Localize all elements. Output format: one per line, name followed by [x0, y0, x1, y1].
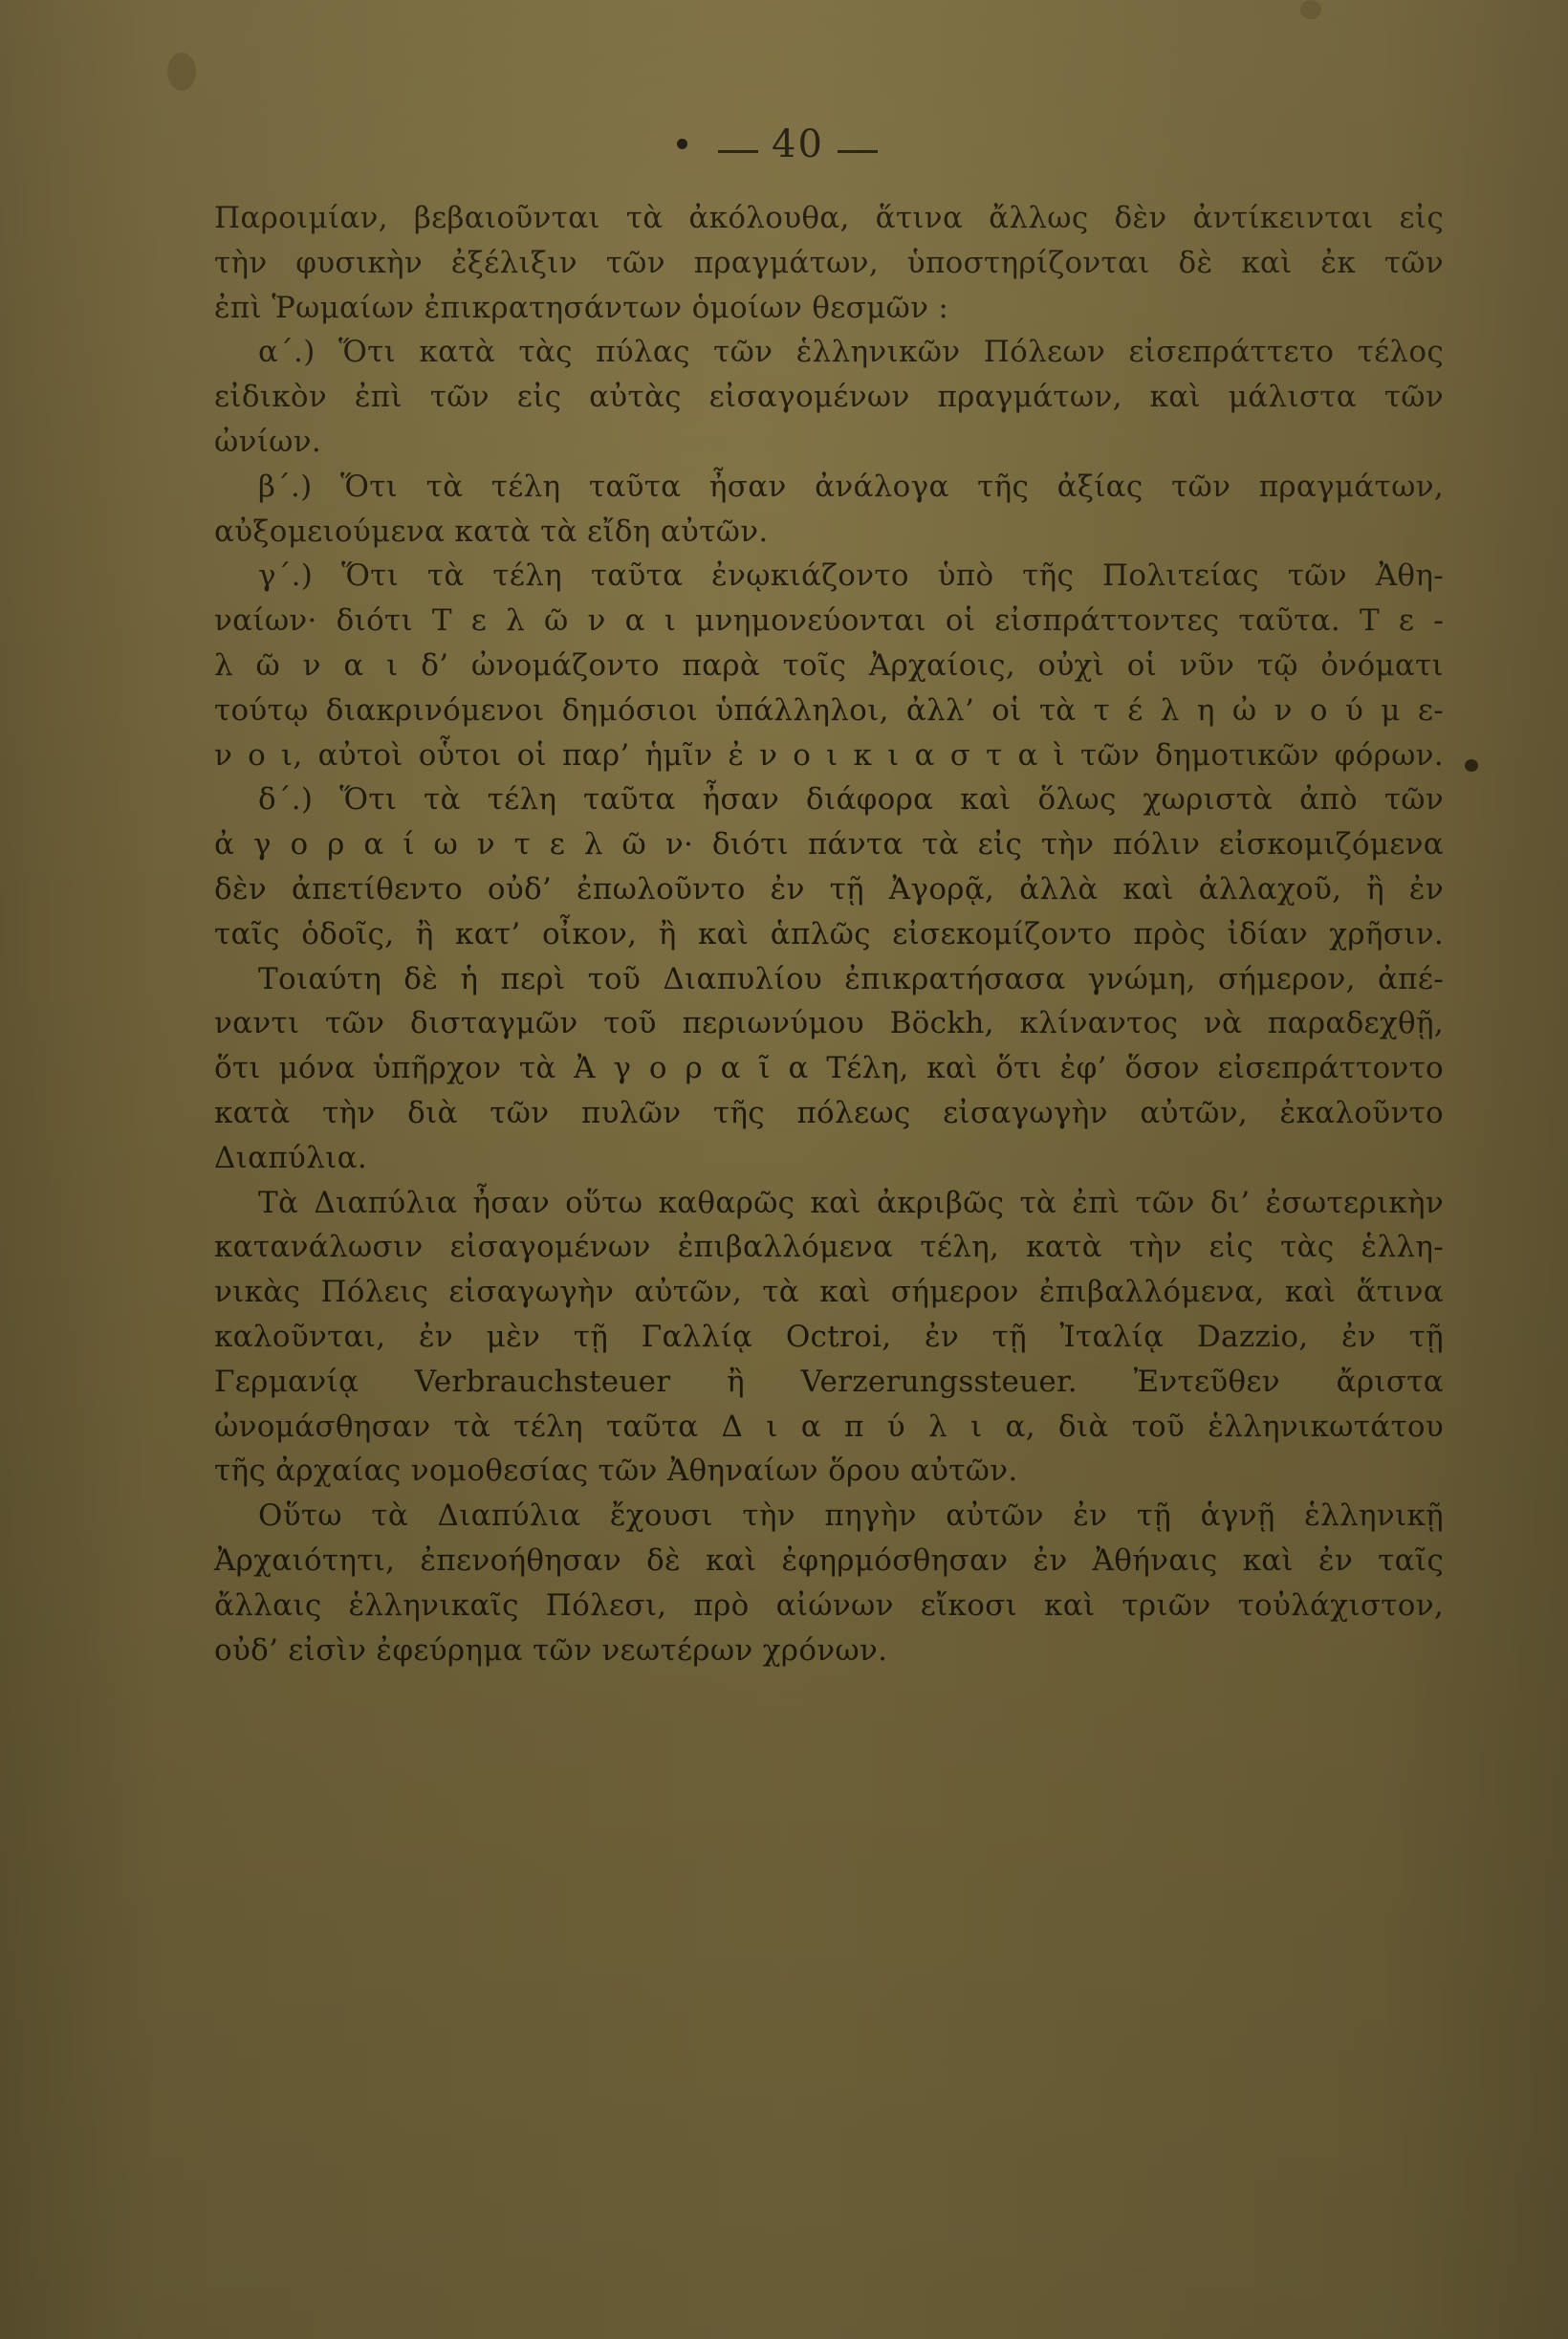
page-header: 40 [0, 122, 1568, 170]
text-line: ὠνίων. [214, 420, 1444, 465]
text-line: β΄.) Ὅτι τὰ τέλη ταῦτα ἦσαν ἀνάλογα τῆς … [214, 465, 1444, 510]
text-line: δὲν ἀπετίθεντο οὐδ’ ἐπωλοῦντο ἐν τῇ Ἀγορ… [214, 867, 1444, 912]
scanned-page: 40 Παροιμίαν, βεβαιοῦνται τὰ ἀκόλουθα, ἅ… [0, 0, 1568, 2339]
text-line: ἄλλαις ἑλληνικαῖς Πόλεσι, πρὸ αἰώνων εἴκ… [214, 1584, 1444, 1629]
dash-left [718, 150, 758, 153]
text-line: ἀ γ ο ρ α ί ω ν τ ε λ ῶ ν· διότι πάντα τ… [214, 822, 1444, 867]
text-line: Τοιαύτη δὲ ἡ περὶ τοῦ Διαπυλίου ἐπικρατή… [214, 957, 1444, 1002]
text-line: δ΄.) Ὅτι τὰ τέλη ταῦτα ἦσαν διάφορα καὶ … [214, 777, 1444, 822]
text-line: α΄.) Ὅτι κατὰ τὰς πύλας τῶν ἑλληνικῶν Πό… [214, 330, 1444, 375]
text-line: Παροιμίαν, βεβαιοῦνται τὰ ἀκόλουθα, ἅτιν… [214, 196, 1444, 241]
text-line: γ΄.) Ὅτι τὰ τέλη ταῦτα ἐνῳκιάζοντο ὑπὸ τ… [214, 554, 1444, 599]
text-line: ναντι τῶν δισταγμῶν τοῦ περιωνύμου Böckh… [214, 1001, 1444, 1046]
ink-spot [1465, 759, 1478, 772]
text-line: ὅτι μόνα ὑπῆρχον τὰ Ἀ γ ο ρ α ῖ α Τέλη, … [214, 1046, 1444, 1091]
dash-right [838, 150, 878, 153]
text-line: Διαπύλια. [214, 1136, 1444, 1181]
text-line: Γερμανίᾳ Verbrauchsteuer ἢ Verzerungsste… [214, 1360, 1444, 1405]
text-line: λ ῶ ν α ι δ’ ὠνομάζοντο παρὰ τοῖς Ἀρχαίο… [214, 644, 1444, 689]
text-line: οὐδ’ εἰσὶν ἐφεύρημα τῶν νεωτέρων χρόνων. [214, 1629, 1444, 1673]
text-line: τούτῳ διακρινόμενοι δημόσιοι ὑπάλληλοι, … [214, 689, 1444, 733]
body-text: Παροιμίαν, βεβαιοῦνται τὰ ἀκόλουθα, ἅτιν… [214, 196, 1444, 1672]
ink-dot-icon [677, 139, 687, 149]
page-number: 40 [772, 122, 824, 166]
text-line: ν ο ι, αὐτοὶ οὗτοι οἱ παρ’ ἡμῖν ἐ ν ο ι … [214, 733, 1444, 778]
text-line: τῆς ἀρχαίας νομοθεσίας τῶν Ἀθηναίων ὅρου… [214, 1449, 1444, 1494]
text-line: Ἀρχαιότητι, ἐπενοήθησαν δὲ καὶ ἐφηρμόσθη… [214, 1539, 1444, 1584]
text-line: καλοῦνται, ἐν μὲν τῇ Γαλλίᾳ Octroi, ἐν τ… [214, 1315, 1444, 1360]
text-line: αὐξομειούμενα κατὰ τὰ εἴδη αὐτῶν. [214, 510, 1444, 555]
text-line: Οὕτω τὰ Διαπύλια ἔχουσι τὴν πηγὴν αὐτῶν … [214, 1494, 1444, 1539]
text-line: ταῖς ὁδοῖς, ἢ κατ’ οἶκον, ἢ καὶ ἁπλῶς εἰ… [214, 912, 1444, 957]
text-line: ὠνομάσθησαν τὰ τέλη ταῦτα Δ ι α π ύ λ ι … [214, 1405, 1444, 1450]
text-line: εἰδικὸν ἐπὶ τῶν εἰς αὐτὰς εἰσαγομένων πρ… [214, 375, 1444, 420]
paper-stain [1300, 0, 1321, 19]
text-line: κατανάλωσιν εἰσαγομένων ἐπιβαλλόμενα τέλ… [214, 1225, 1444, 1270]
text-line: κατὰ τὴν διὰ τῶν πυλῶν τῆς πόλεως εἰσαγω… [214, 1091, 1444, 1136]
paper-stain [167, 53, 196, 91]
text-line: ἐπὶ Ῥωμαίων ἐπικρατησάντων ὁμοίων θεσμῶν… [214, 286, 1444, 331]
text-line: Τὰ Διαπύλια ἦσαν οὕτω καθαρῶς καὶ ἀκριβῶ… [214, 1181, 1444, 1226]
text-line: νικὰς Πόλεις εἰσαγωγὴν αὐτῶν, τὰ καὶ σήμ… [214, 1270, 1444, 1315]
text-line: ναίων· διότι Τ ε λ ῶ ν α ι μνημονεύονται… [214, 599, 1444, 644]
text-line: τὴν φυσικὴν ἐξέλιξιν τῶν πραγμάτων, ὑποσ… [214, 241, 1444, 286]
